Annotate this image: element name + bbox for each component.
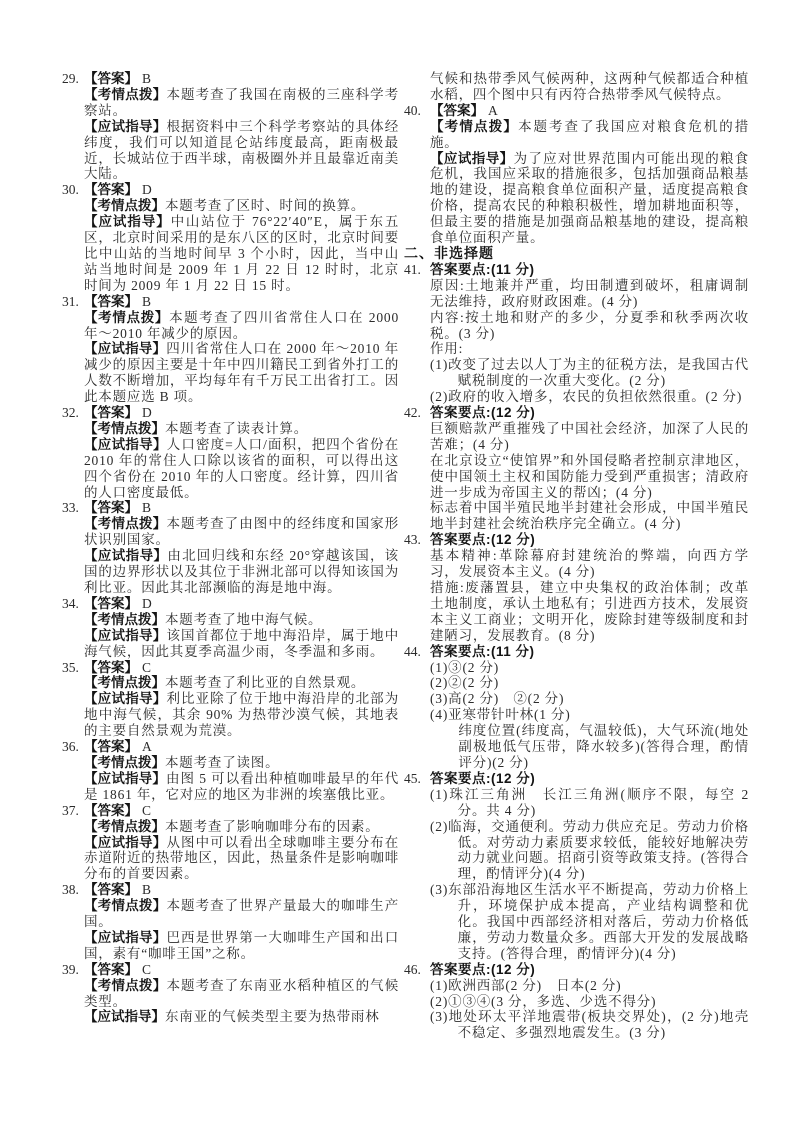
paragraph-text: 本题考查了影响咖啡分布的因素。 [165,819,380,834]
explain-paragraph: 【应试指导】从图中可以看出全球咖啡主要分布在赤道附近的热带地区，因此，热量条件是… [84,835,399,883]
item-number: 33. [62,500,79,516]
explain-paragraph: 【应试指导】利比亚除了位于地中海沿岸的北部为地中海气候，其余 90% 为热带沙漠… [84,691,399,739]
answer-value: A [488,103,499,118]
explain-paragraph: 【考情点拨】本题考查了由图中的经纬度和国家形状识别国家。 [84,516,399,548]
answer-item: 37.【答案】C【考情点拨】本题考查了影响咖啡分布的因素。【应试指导】从图中可以… [62,803,399,883]
essay-item: 45.答案要点:(12 分)(1)珠江三角洲 长江三角洲(顺序不限，每空 2 分… [404,771,749,962]
paragraph-label: 【考情点拨】 [84,198,165,213]
answer-line: 39.【答案】C [84,962,399,978]
item-number: 39. [62,962,79,978]
essay-paragraph: (2)①③④(3 分，多选、少选不得分) [430,994,749,1010]
answer-item: 38.【答案】B【考情点拨】本题考查了世界产量最大的咖啡生产国。【应试指导】巴西… [62,882,399,962]
essay-paragraph: (3)地处环太平洋地震带(板块交界处)，(2 分)地壳不稳定、多强烈地震发生。(… [430,1009,749,1041]
answer-value: B [142,500,152,515]
answer-line: 35.【答案】C [84,660,399,676]
item-39-continuation-text: 气候和热带季风气候两种，这两种气候都适合种植水稻，四个图中只有丙符合热带季风气候… [430,71,749,103]
answer-label: 【答案】 [84,71,138,86]
paragraph-label: 【考情点拨】 [84,310,169,325]
essay-paragraph: (2)②(2 分) [430,675,749,691]
answer-label: 【答案】 [84,739,138,754]
item-number: 32. [62,405,79,421]
explain-paragraph: 【应试指导】东南亚的气候类型主要为热带雨林 [84,1009,399,1025]
answer-line: 30.【答案】D [84,182,399,198]
answer-line: 32.【答案】D [84,405,399,421]
essay-paragraph: (2)临海，交通便利。劳动力供应充足。劳动力价格低。对劳动力素质要求较低，能较好… [430,819,749,883]
explain-paragraph: 【应试指导】巴西是世界第一大咖啡生产国和出口国，素有“咖啡王国”之称。 [84,930,399,962]
essay-header-line: 43.答案要点:(12 分) [430,532,749,548]
explain-paragraph: 【考情点拨】本题考查了我国应对粮食危机的措施。 [430,119,749,151]
essay-paragraph: (1)③(2 分) [430,660,749,676]
explain-paragraph: 【考情点拨】本题考查了区时、时间的换算。 [84,198,399,214]
answer-item: 33.【答案】B【考情点拨】本题考查了由图中的经纬度和国家形状识别国家。【应试指… [62,500,399,595]
answer-label: 【答案】 [84,294,138,309]
answer-label: 【答案】 [84,182,138,197]
essay-header-line: 45.答案要点:(12 分) [430,771,749,787]
essay-header-line: 46.答案要点:(12 分) [430,962,749,978]
answer-line: 38.【答案】B [84,882,399,898]
answer-items-container: 40.【答案】A【考情点拨】本题考查了我国应对粮食危机的措施。【应试指导】为了应… [404,103,749,246]
answer-label: 【答案】 [84,660,138,675]
essay-paragraph: (3)高(2 分) ②(2 分) [430,691,749,707]
paragraph-label: 【应试指导】 [84,771,166,786]
paragraph-text: 东南亚的气候类型主要为热带雨林 [165,1009,380,1024]
answer-line: 40.【答案】A [430,103,749,119]
answer-item: 39.【答案】C【考情点拨】本题考查了东南亚水稻种植区的气候类型。【应试指导】东… [62,962,399,1026]
essay-header-label: 答案要点:(12 分) [430,532,535,547]
paragraph-label: 【考情点拨】 [84,819,165,834]
answer-item: 30.【答案】D【考情点拨】本题考查了区时、时间的换算。【应试指导】中山站位于 … [62,182,399,293]
essay-item: 46.答案要点:(12 分)(1)欧洲西部(2 分) 日本(2 分)(2)①③④… [404,962,749,1042]
essay-paragraph: 原因:土地兼并严重，均田制遭到破坏，租庸调制无法维持，政府财政困难。(4 分) [430,278,749,310]
essay-paragraph: 基本精神:革除幕府封建统治的弊端，向西方学习，发展资本主义。(4 分) [430,548,749,580]
essay-header-label: 答案要点:(11 分) [430,644,535,659]
explain-paragraph: 【应试指导】该国首都位于地中海沿岸，属于地中海气候，因此其夏季高温少雨，冬季温和… [84,628,399,660]
item-number: 46. [404,962,421,978]
explain-paragraph: 【应试指导】中山站位于 76°22′40″E，属于东五区，北京时间采用的是东八区… [84,214,399,294]
essay-paragraph: (1)珠江三角洲 长江三角洲(顺序不限，每空 2 分。共 4 分) [430,787,749,819]
essay-header-line: 44.答案要点:(11 分) [430,644,749,660]
item-number: 35. [62,660,79,676]
paragraph-label: 【考情点拨】 [84,898,166,913]
paragraph-label: 【应试指导】 [430,151,514,166]
item-number: 41. [404,262,421,278]
explain-paragraph: 【考情点拨】本题考查了读表计算。 [84,421,399,437]
paragraph-label: 【考情点拨】 [84,612,165,627]
essay-paragraph: (3)东部沿海地区生活水平不断提高，劳动力价格上升，环境保护成本提高，产业结构调… [430,882,749,962]
answer-item: 36.【答案】A【考情点拨】本题考查了读图。【应试指导】由图 5 可以看出种植咖… [62,739,399,803]
answer-line: 34.【答案】D [84,596,399,612]
answer-item: 32.【答案】D【考情点拨】本题考查了读表计算。【应试指导】人口密度=人口/面积… [62,405,399,500]
explain-paragraph: 【考情点拨】本题考查了东南亚水稻种植区的气候类型。 [84,978,399,1010]
answer-line: 31.【答案】B [84,294,399,310]
item-number: 29. [62,71,79,87]
right-column: 气候和热带季风气候两种，这两种气候都适合种植水稻，四个图中只有丙符合热带季风气候… [404,71,749,1041]
item-number: 34. [62,596,79,612]
essay-item: 43.答案要点:(12 分)基本精神:革除幕府封建统治的弊端，向西方学习，发展资… [404,532,749,643]
essay-item: 44.答案要点:(11 分)(1)③(2 分)(2)②(2 分)(3)高(2 分… [404,644,749,771]
paragraph-label: 【考情点拨】 [84,421,165,436]
paragraph-label: 【考情点拨】 [84,516,166,531]
essay-header-label: 答案要点:(12 分) [430,771,535,786]
paragraph-text: 本题考查了利比亚的自然景观。 [165,675,365,690]
answer-item: 29.【答案】B【考情点拨】本题考查了我国在南极的三座科学考察站。【应试指导】根… [62,71,399,182]
answer-label: 【答案】 [430,103,484,118]
essay-item: 41.答案要点:(11 分)原因:土地兼并严重，均田制遭到破坏，租庸调制无法维持… [404,262,749,405]
answer-value: A [142,739,153,754]
paragraph-label: 【应试指导】 [84,341,166,356]
answer-label: 【答案】 [84,962,138,977]
essay-paragraph: (2)政府的收入增多，农民的负担依然很重。(2 分) [430,389,749,405]
answer-line: 37.【答案】C [84,803,399,819]
explain-paragraph: 【应试指导】四川省常住人口在 2000 年～2010 年减少的原因主要是十年中四… [84,341,399,405]
item-number: 43. [404,532,421,548]
answer-value: D [142,405,153,420]
answer-value: B [142,882,152,897]
essay-header-line: 41.答案要点:(11 分) [430,262,749,278]
essay-paragraph: 内容:按土地和财产的多少，分夏季和秋季两次收税。(3 分) [430,310,749,342]
essay-paragraph: 措施:废藩置县，建立中央集权的政治体制；改革土地制度，承认土地私有；引进西方技术… [430,580,749,644]
answer-item: 40.【答案】A【考情点拨】本题考查了我国应对粮食危机的措施。【应试指导】为了应… [404,103,749,246]
item-number: 40. [404,103,421,119]
item-number: 36. [62,739,79,755]
paragraph-label: 【考情点拨】 [84,675,165,690]
paragraph-text: 本题考查了读表计算。 [165,421,308,436]
explain-paragraph: 【考情点拨】本题考查了利比亚的自然景观。 [84,675,399,691]
answer-label: 【答案】 [84,882,138,897]
answer-value: D [142,182,153,197]
paragraph-text: 本题考查了读图。 [165,755,279,770]
paragraph-text: 本题考查了地中海气候。 [165,612,322,627]
essay-header-label: 答案要点:(12 分) [430,405,535,420]
answer-value: B [142,294,152,309]
essay-paragraph: 巨额赔款严重摧残了中国社会经济，加深了人民的苦难；(4 分) [430,421,749,453]
explain-paragraph: 【考情点拨】本题考查了影响咖啡分布的因素。 [84,819,399,835]
answer-item: 34.【答案】D【考情点拨】本题考查了地中海气候。【应试指导】该国首都位于地中海… [62,596,399,660]
answer-label: 【答案】 [84,596,138,611]
essay-item: 42.答案要点:(12 分)巨额赔款严重摧残了中国社会经济，加深了人民的苦难；(… [404,405,749,532]
explain-paragraph: 【考情点拨】本题考查了读图。 [84,755,399,771]
item-number: 31. [62,294,79,310]
essay-items-container: 41.答案要点:(11 分)原因:土地兼并严重，均田制遭到破坏，租庸调制无法维持… [404,262,749,1041]
explain-paragraph: 【应试指导】由北回归线和东经 20°穿越该国，该国的边界形状以及其位于非洲北部可… [84,548,399,596]
paragraph-label: 【应试指导】 [84,119,166,134]
answer-value: C [142,803,152,818]
paragraph-label: 【应试指导】 [84,628,166,643]
paragraph-label: 【应试指导】 [84,214,171,229]
answer-item: 35.【答案】C【考情点拨】本题考查了利比亚的自然景观。【应试指导】利比亚除了位… [62,660,399,740]
explain-paragraph: 【考情点拨】本题考查了四川省常住人口在 2000 年～2010 年减少的原因。 [84,310,399,342]
explain-paragraph: 【应试指导】人口密度=人口/面积，把四个省份在 2010 年的常住人口除以该省的… [84,437,399,501]
left-column: 29.【答案】B【考情点拨】本题考查了我国在南极的三座科学考察站。【应试指导】根… [62,71,399,1025]
answer-value: B [142,71,152,86]
explain-paragraph: 【考情点拨】本题考查了地中海气候。 [84,612,399,628]
item-number: 30. [62,182,79,198]
answer-label: 【答案】 [84,803,138,818]
item-number: 45. [404,771,421,787]
essay-header-label: 答案要点:(12 分) [430,962,535,977]
essay-paragraph: 作用: [430,341,749,357]
essay-paragraph: 标志着中国半殖民地半封建社会形成，中国半殖民地半封建社会统治秩序完全确立。(4 … [430,500,749,532]
explain-paragraph: 【应试指导】为了应对世界范围内可能出现的粮食危机，我国应采取的措施很多，包括加强… [430,151,749,246]
essay-header-label: 答案要点:(11 分) [430,262,535,277]
explain-paragraph: 【考情点拨】本题考查了我国在南极的三座科学考察站。 [84,87,399,119]
explain-paragraph: 【应试指导】根据资料中三个科学考察站的具体经纬度，我们可以知道昆仑站纬度最高，距… [84,119,399,183]
paragraph-label: 【考情点拨】 [84,755,165,770]
scanned-answer-key-page: 29.【答案】B【考情点拨】本题考查了我国在南极的三座科学考察站。【应试指导】根… [0,0,800,1145]
paragraph-text: 本题考查了区时、时间的换算。 [165,198,365,213]
item-number: 42. [404,405,421,421]
item-number: 44. [404,644,421,660]
answer-value: D [142,596,153,611]
essay-paragraph: 纬度位置(纬度高，气温较低)，大气环流(地处副极地低气压带，降水较多)(答得合理… [458,723,749,771]
paragraph-label: 【应试指导】 [84,437,167,452]
answer-line: 33.【答案】B [84,500,399,516]
answer-label: 【答案】 [84,405,138,420]
essay-paragraph: (4)亚寒带针叶林(1 分) [430,707,749,723]
item-number: 37. [62,803,79,819]
paragraph-label: 【应试指导】 [84,835,166,850]
paragraph-label: 【考情点拨】 [84,978,166,993]
essay-paragraph: 在北京设立“使馆界”和外国侵略者控制京津地区，使中国领土主权和国防能力受到严重损… [430,453,749,501]
essay-paragraph: (1)改变了过去以人丁为主的征税方法，是我国古代赋税制度的一次重大变化。(2 分… [430,357,749,389]
item-number: 38. [62,882,79,898]
answer-line: 29.【答案】B [84,71,399,87]
paragraph-label: 【应试指导】 [84,548,167,563]
paragraph-label: 【考情点拨】 [84,87,166,102]
essay-paragraph: (1)欧洲西部(2 分) 日本(2 分) [430,978,749,994]
answer-value: C [142,660,152,675]
paragraph-label: 【应试指导】 [84,930,166,945]
explain-paragraph: 【考情点拨】本题考查了世界产量最大的咖啡生产国。 [84,898,399,930]
answer-value: C [142,962,152,977]
paragraph-label: 【应试指导】 [84,1009,165,1024]
answer-item: 31.【答案】B【考情点拨】本题考查了四川省常住人口在 2000 年～2010 … [62,294,399,405]
paragraph-label: 【考情点拨】 [430,119,518,134]
section-header-non-multiple-choice: 二、非选择题 [404,246,749,262]
explain-paragraph: 【应试指导】由图 5 可以看出种植咖啡最早的年代是 1861 年，它对应的地区为… [84,771,399,803]
paragraph-label: 【应试指导】 [84,691,166,706]
answer-line: 36.【答案】A [84,739,399,755]
essay-header-line: 42.答案要点:(12 分) [430,405,749,421]
answer-label: 【答案】 [84,500,138,515]
